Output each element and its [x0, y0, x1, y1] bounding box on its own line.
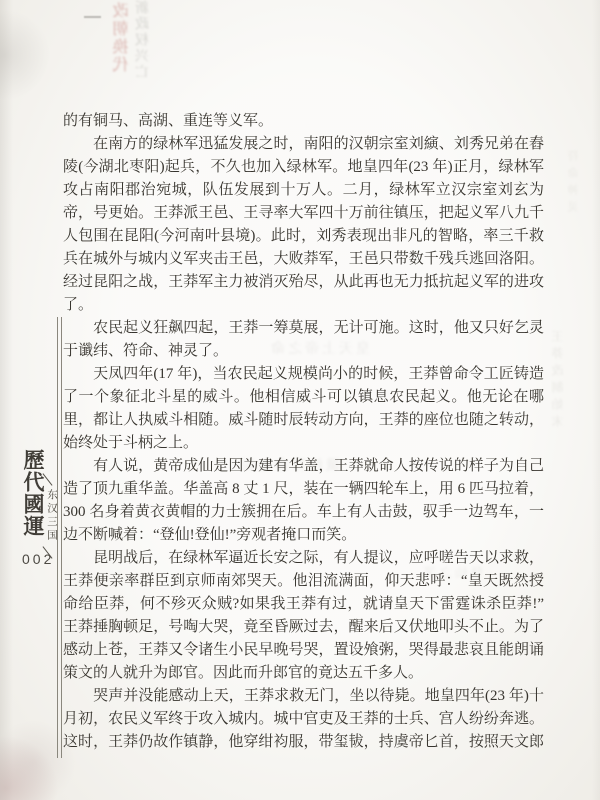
body-text: 的有铜马、高湖、重连等义军。 在南方的绿林军迅猛发展之时，南阳的汉朝宗室刘縯、刘…: [63, 110, 544, 754]
text-line: 这时，王莽仍故作镇静，他穿绀袀服，带玺韨，持虞帝匕首，按照天文郎: [63, 731, 544, 754]
bleed-through-red-column: 改朝换代: [111, 2, 134, 74]
bleed-through-margin-column: 王莽改制始末: [549, 330, 566, 432]
text-line: 边不断喊着：“登仙!登仙!”旁观者掩口而笑。: [63, 524, 544, 547]
text-line: 天凤四年(17 年)，当农民起义规模尚小的时候，王莽曾命令工匠铸造: [63, 363, 544, 386]
text-line: 命给臣莽，何不殄灭众贼?如果我王莽有过，就请皇天下雷霆诛杀臣莽!”: [63, 593, 544, 616]
bleed-through-gray-column: 新政权兴亡: [134, 0, 154, 80]
text-line: 始终处于斗柄之上。: [63, 432, 544, 455]
text-line: 在南方的绿林军迅猛发展之时，南阳的汉朝宗室刘縯、刘秀兄弟在舂: [63, 133, 544, 156]
text-line: 昆明战后，在绿林军逼近长安之际，有人提议，应呼嗟告天以求救，: [63, 547, 544, 570]
text-line: 有人说，黄帝成仙是因为建有华盖，王莽就命人按传说的样子为自己: [63, 455, 544, 478]
text-line: 攻占南阳郡治宛城，队伍发展到十万人。二月，绿林军立汉宗室刘玄为: [63, 179, 544, 202]
text-line: 帝，号更始。王莽派王邑、王寻率大军四十万前往镇压，把起义军八九千: [63, 202, 544, 225]
text-line: 兵在城外与城内义军夹击王邑，大败莽军，王邑只带数千残兵逃回洛阳。: [63, 248, 544, 271]
text-line: 于谶纬、符命、神灵了。: [63, 340, 544, 363]
book-page: 改朝换代 新政权兴亡 王莽改制始末 符命神灵 皇天上帝之命 谶纬符命之说 登仙之…: [0, 0, 600, 800]
text-line: 的有铜马、高湖、重连等义军。: [63, 110, 544, 133]
text-line: 300 名身着黄衣黄帽的力士簇拥在后。车上有人击鼓，驭手一边驾车，一: [63, 501, 544, 524]
bleed-through-dash: [84, 16, 101, 18]
text-line: 陵(今湖北枣阳)起兵，不久也加入绿林军。地皇四年(23 年)正月，绿林军: [63, 156, 544, 179]
text-line: 哭声并没能感动上天，王莽求救无门，坐以待毙。地皇四年(23 年)十: [63, 685, 544, 708]
text-line: 了。: [63, 294, 544, 317]
text-line: 感动上苍，王莽又令诸生小民早晚号哭，置设飧粥，哭得最悲哀且能朗诵: [63, 639, 544, 662]
text-line: 造了顶九重华盖。华盖高 8 丈 1 尺，装在一辆四轮车上，用 6 匹马拉着，: [63, 478, 544, 501]
text-line: 王莽便亲率群臣到京师南郊哭天。他泪流满面，仰天悲呼：“皇天既然授: [63, 570, 544, 593]
text-line: 了一个象征北斗星的威斗。他相信威斗可以镇息农民起义。他无论在哪: [63, 386, 544, 409]
sidebar-double-rule: [57, 317, 62, 758]
text-line: 经过昆阳之战，王莽军主力被消灭殆尽，从此再也无力抵抗起义军的进攻: [63, 271, 544, 294]
text-line: 策文的人就升为郎官。因此而升郎官的竟达五千多人。: [63, 662, 544, 685]
text-line: 人包围在昆阳(今河南叶县境)。此时，刘秀表现出非凡的智略，率三千救: [63, 225, 544, 248]
text-line: 农民起义狂飙四起，王莽一筹莫展，无计可施。这时，他又只好乞灵: [63, 317, 544, 340]
page-number: 002: [22, 551, 54, 567]
bleed-through-margin-column: 符命神灵: [566, 150, 582, 218]
text-line: 王莽捶胸顿足，号啕大哭，竟至昏厥过去，醒来后又伏地叩头不止。为了: [63, 616, 544, 639]
text-line: 里，都让人执威斗相随。威斗随时辰转动方向，王莽的座位也随之转动，: [63, 409, 544, 432]
text-line: 月初，农民义军终于攻入城内。城中官吏及王莽的士兵、宫人纷纷奔逃。: [63, 708, 544, 731]
